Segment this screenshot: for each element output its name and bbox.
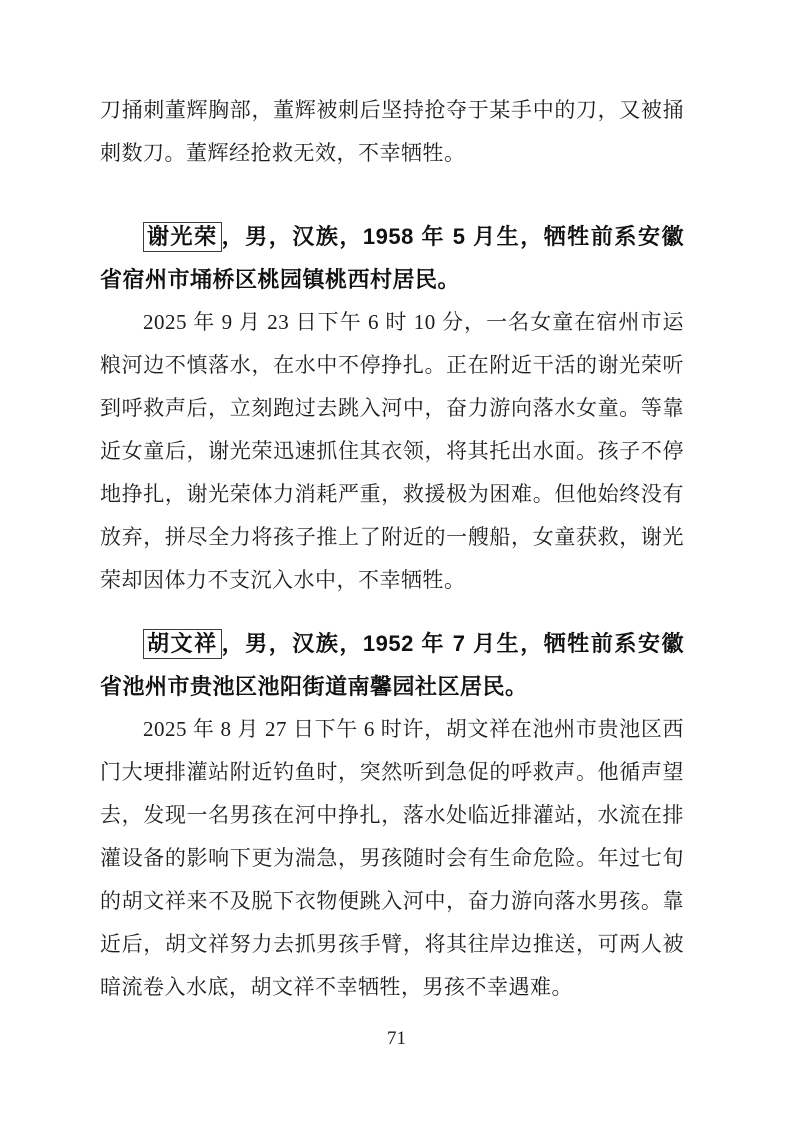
section-xie-guangrong: 谢光荣，男，汉族，1958 年 5 月生，牺牲前系安徽省宿州市埇桥区桃园镇桃西村… — [100, 215, 684, 602]
section-hu-wenxiang: 胡文祥，男，汉族，1952 年 7 月生，牺牲前系安徽省池州市贵池区池阳街道南馨… — [100, 622, 684, 1009]
continuation-paragraph: 刀捅刺董辉胸部，董辉被刺后坚持抢夺于某手中的刀，又被捅刺数刀。董辉经抢救无效，不… — [100, 89, 684, 175]
section-heading: 胡文祥，男，汉族，1952 年 7 月生，牺牲前系安徽省池州市贵池区池阳街道南馨… — [100, 622, 684, 708]
page-content: 刀捅刺董辉胸部，董辉被刺后坚持抢夺于某手中的刀，又被捅刺数刀。董辉经抢救无效，不… — [100, 89, 684, 1009]
section-body: 2025 年 9 月 23 日下午 6 时 10 分，一名女童在宿州市运粮河边不… — [100, 301, 684, 602]
victim-name-box: 胡文祥 — [143, 629, 222, 659]
page-number: 71 — [0, 1028, 793, 1050]
document-page: 刀捅刺董辉胸部，董辉被刺后坚持抢夺于某手中的刀，又被捅刺数刀。董辉经抢救无效，不… — [0, 0, 793, 1122]
victim-name-box: 谢光荣 — [143, 222, 222, 252]
section-heading: 谢光荣，男，汉族，1958 年 5 月生，牺牲前系安徽省宿州市埇桥区桃园镇桃西村… — [100, 215, 684, 301]
section-body: 2025 年 8 月 27 日下午 6 时许，胡文祥在池州市贵池区西门大埂排灌站… — [100, 708, 684, 1009]
